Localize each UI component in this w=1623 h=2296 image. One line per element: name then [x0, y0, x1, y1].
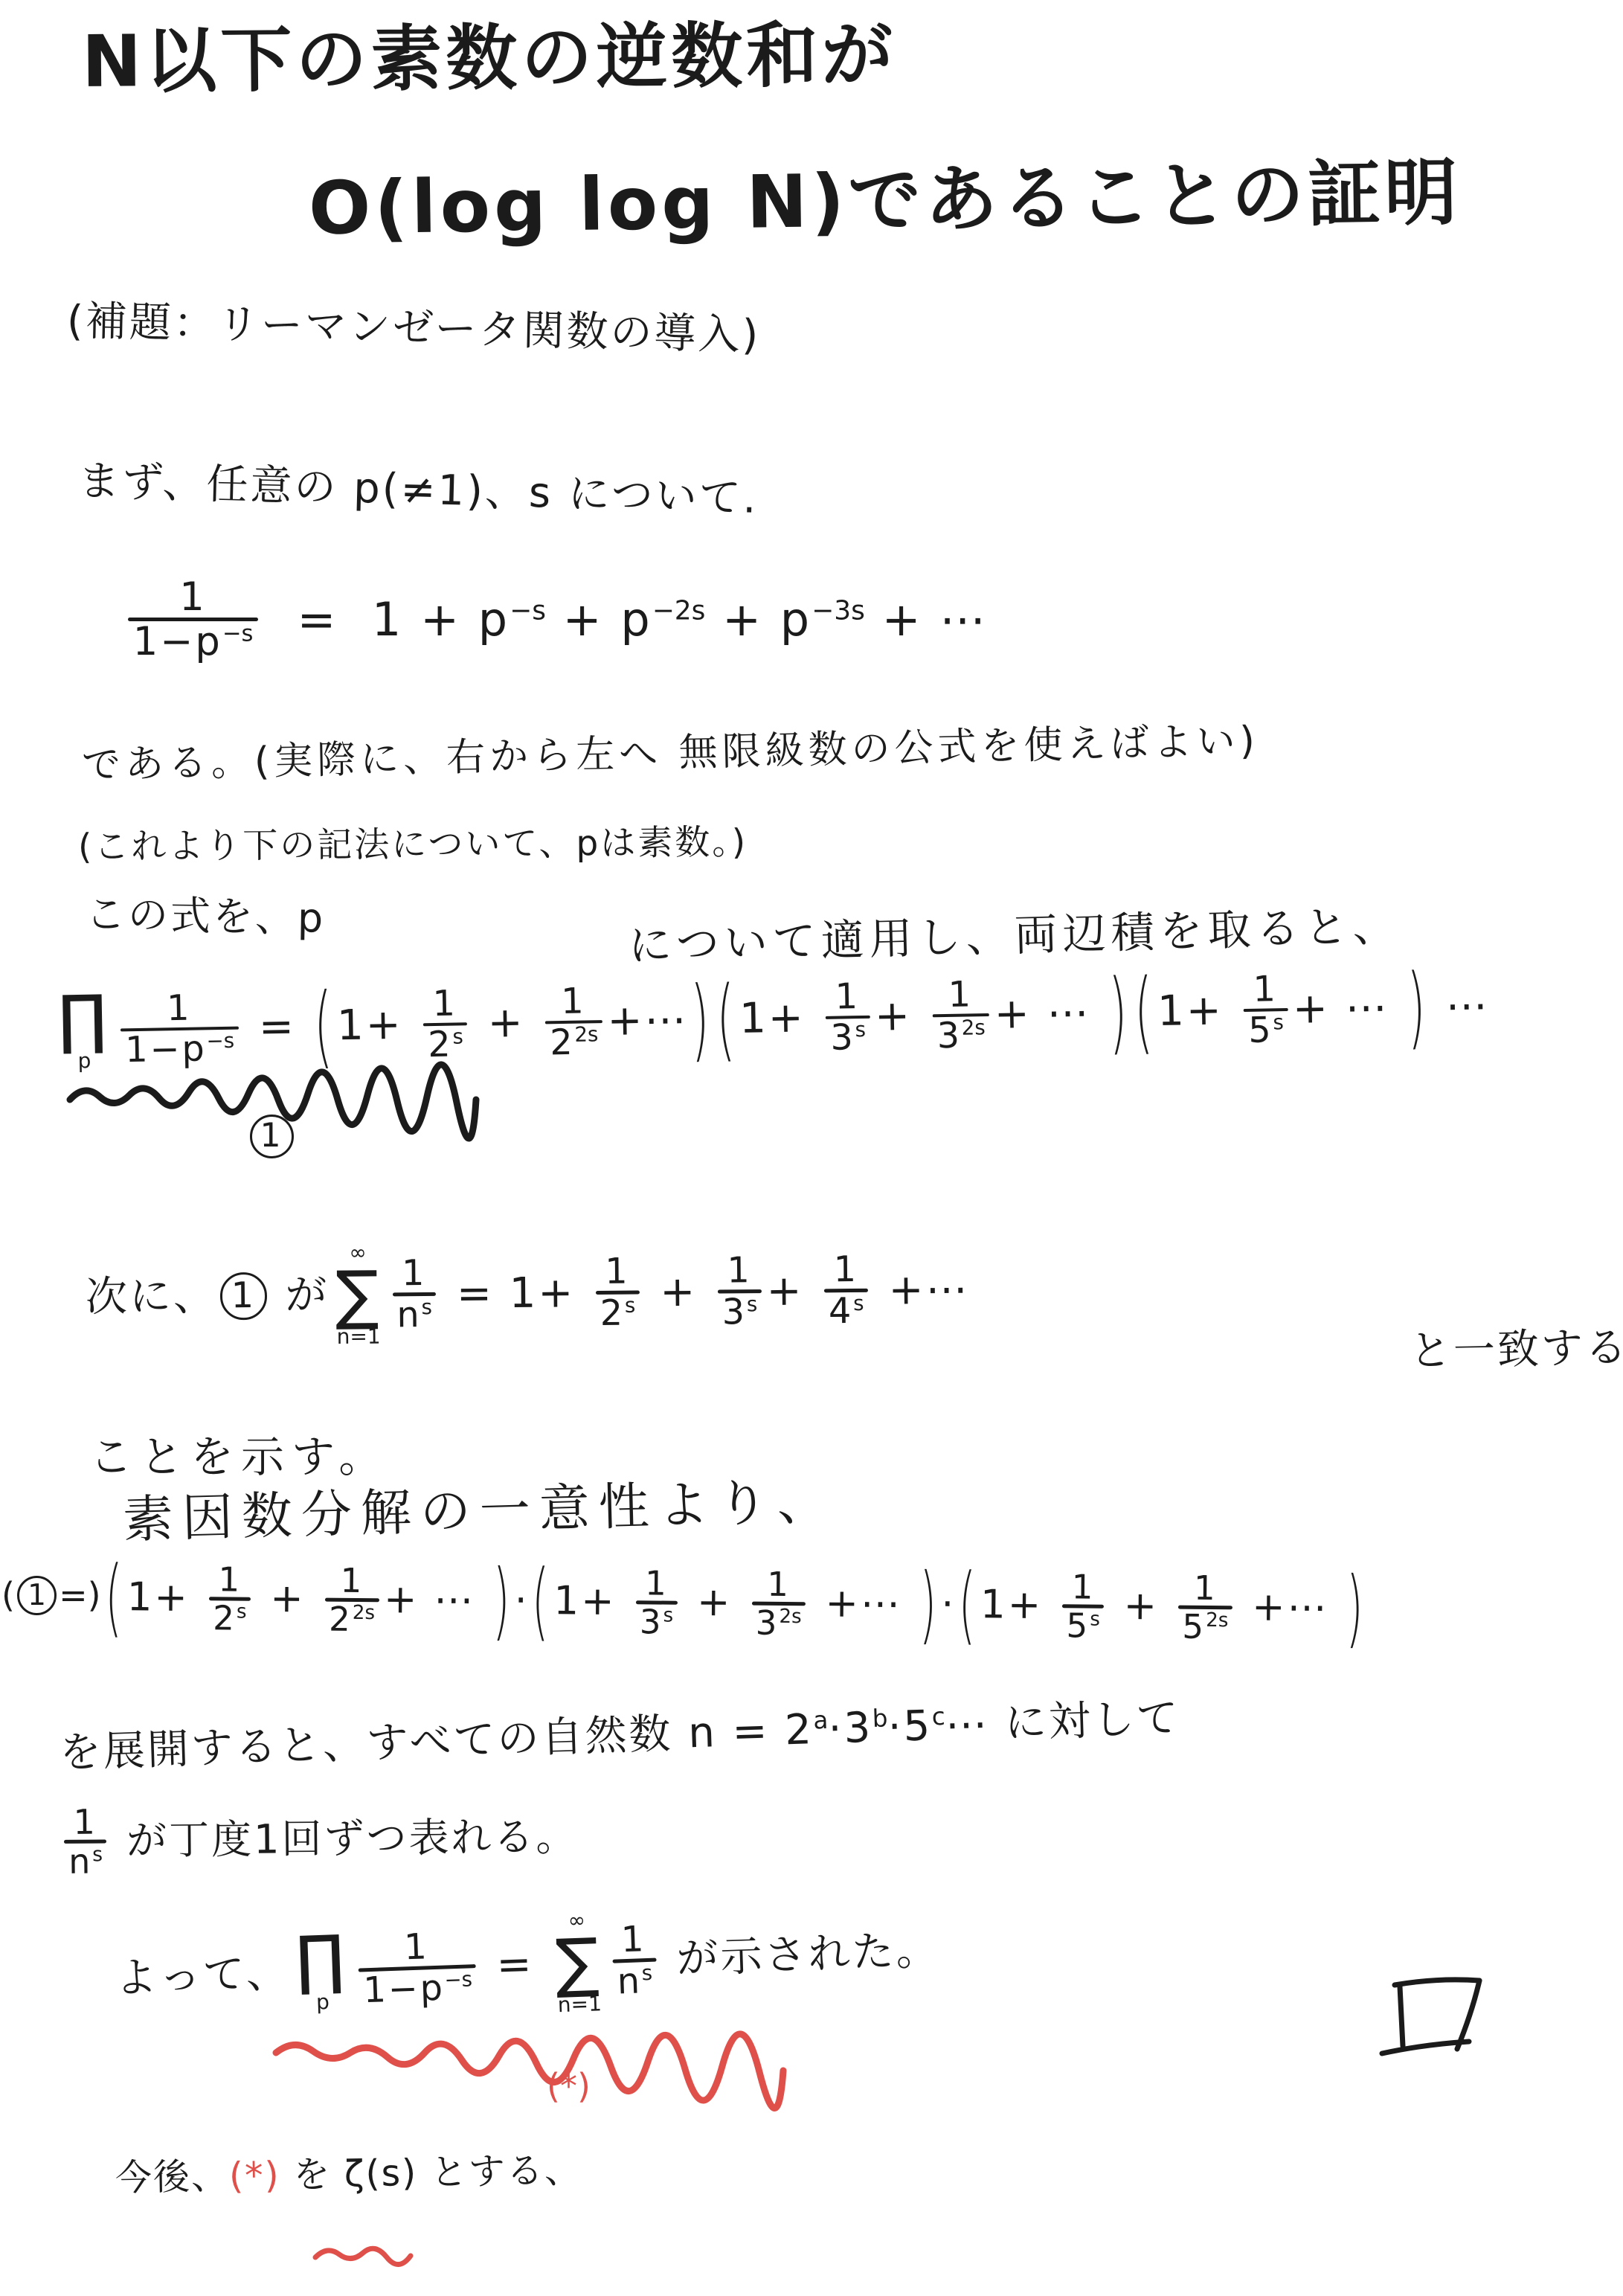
math-frac: 14s [824, 1251, 869, 1330]
math-par: ) [492, 1553, 512, 1650]
expansion-label: ( 1 =) [1, 1576, 101, 1615]
math-par: ( [105, 1549, 125, 1646]
apply-right-text: について適用し、両辺積を取ると、 [628, 901, 1401, 971]
math-txt: = 1 + [263, 593, 478, 646]
apply-line-right: について適用し、両辺積を取ると、 [628, 901, 1401, 971]
math-txt: 1 [605, 1251, 630, 1292]
math-pow: 2s [428, 1024, 464, 1066]
math-txt: 1 [403, 1927, 429, 1969]
lemma-note: (補題：リーマンゼータ関数の導入) [66, 298, 761, 360]
math-txt: · [941, 1582, 956, 1628]
math-txt: + ⋯ [994, 990, 1107, 1039]
math-pow: ns [617, 1960, 653, 2002]
math-frac: 12s [422, 985, 468, 1064]
math-txt: 1+ [739, 994, 821, 1043]
math-par: ( [716, 969, 737, 1072]
math-txt: + [875, 993, 928, 1042]
math-frac: 132s [751, 1567, 806, 1641]
math-txt: + [682, 1580, 748, 1626]
final-lead-text: 今後、 [115, 2155, 230, 2199]
n-factorization-formula: n = 2a·3b·5c⋯ [687, 1701, 990, 1758]
conclusion-line: よって、 ∏p11−p−s = ∞∑n=11ns が示された。 [113, 1896, 941, 2033]
math-pow: 3s [640, 1602, 674, 1641]
title-text-1: N以下の素数の逆数和が [82, 13, 897, 103]
math-txt: 1 [645, 1563, 669, 1603]
math-pow: 2s [600, 1292, 635, 1333]
circled-one-label: 1 [247, 1115, 296, 1158]
math-txt: · [515, 1579, 530, 1624]
wavy-underline-red [271, 2035, 792, 2084]
math-txt: 1 [218, 1559, 242, 1599]
math-frac: 1ns [64, 1803, 107, 1879]
math-txt: +⋯ [810, 1581, 917, 1627]
expansion-label-circ: 1 [17, 1576, 57, 1615]
math-frac: 11−p−s [120, 990, 239, 1070]
notebook-page: N以下の素数の逆数和が O(log log N)であることの証明 (補題：リーマ… [0, 0, 1623, 2296]
math-pow: 22s [329, 1599, 375, 1639]
math-pow: ns [68, 1841, 103, 1881]
math-txt: 1 [1194, 1568, 1218, 1608]
math-txt: ⋯ [945, 1701, 990, 1750]
geometric-formula: 11−p−s = 1 + p−s + p−2s + p−3s + ⋯ [123, 577, 988, 663]
intro-text: まず、任意の p(≠1)、s について. [77, 458, 759, 523]
zeta-symbol: ζ [344, 2153, 366, 2196]
math-par: ( [958, 1556, 978, 1654]
math-txt: 1 [1072, 1567, 1096, 1606]
math-txt: 1+ [337, 1001, 419, 1051]
math-txt: +⋯ [873, 1266, 970, 1315]
math-pow: p−s [181, 1028, 235, 1070]
final-tail-text: とする、 [417, 2149, 583, 2194]
math-frac: 11−p−s [128, 577, 257, 663]
math-par: ) [1108, 961, 1130, 1065]
math-txt: 1 [833, 1249, 858, 1290]
math-txt: 1 [432, 983, 457, 1024]
math-txt: · [887, 1703, 904, 1751]
math-pow: 5c [903, 1702, 946, 1751]
math-txt: + [1109, 1584, 1174, 1630]
expand-lead-text: を展開すると、すべての自然数 [59, 1710, 689, 1777]
math-txt: 1 [948, 974, 973, 1016]
after-geometric-text: である。(実際に、右から左へ 無限級数の公式を使えばよい) [81, 719, 1259, 789]
math-par: ) [919, 1556, 939, 1654]
math-pow: 4s [829, 1291, 864, 1332]
math-txt: 1 [73, 1802, 97, 1842]
math-frac: 122s [325, 1563, 380, 1637]
math-txt: + [644, 1268, 713, 1316]
math-frac: 15s [1062, 1569, 1105, 1643]
math-txt: = [481, 1940, 550, 1990]
math-pow: 5s [1248, 1010, 1285, 1051]
math-txt: + [705, 593, 780, 646]
zeta-sum-formula: ∞∑n=11ns = 1+ 12s + 13s+ 14s +⋯ [329, 1237, 970, 1350]
math-frac: 15s [1243, 971, 1288, 1050]
math-frac: 11−p−s [357, 1927, 478, 2010]
math-txt: + [766, 1267, 819, 1315]
circled-one-text: 1 [250, 1115, 294, 1158]
math-txt: + [472, 999, 541, 1048]
notation-note: (これより下の記法について、pは素数。) [78, 823, 748, 868]
apply-left-text: この式を、p [85, 891, 325, 942]
math-frac: 122s [544, 983, 602, 1062]
math-txt: 1+ [980, 1582, 1058, 1629]
lemma-note-text: (補題：リーマンゼータ関数の導入) [66, 298, 761, 360]
intro-line: まず、任意の p(≠1)、s について. [77, 458, 759, 523]
math-big: ∞∑n=1 [553, 1908, 602, 2017]
math-pow: 5s [1066, 1606, 1100, 1645]
math-frac: 13s [635, 1565, 678, 1639]
wavy-underline-red-small [312, 2241, 417, 2268]
math-txt: 1 [167, 988, 192, 1030]
math-txt: 1 [561, 981, 586, 1022]
math-txt: ⋯ [1430, 983, 1490, 1032]
appears-line: 1ns が丁度1回ずつ表れる。 [60, 1800, 579, 1879]
circled-one-inline: 1 [220, 1272, 268, 1320]
math-pow: 2s [213, 1598, 247, 1638]
expansion-label-close: =) [59, 1576, 101, 1615]
math-pow: ns [396, 1295, 432, 1335]
zeta-lead-text: 次に、 [86, 1272, 218, 1321]
math-txt: = 1+ [441, 1269, 591, 1318]
math-pow: p−s [420, 1966, 474, 2009]
math-txt: 1 [767, 1565, 791, 1604]
math-par: ( [1134, 961, 1155, 1065]
apply-line-left: この式を、p [85, 891, 325, 942]
zeta-after-circ-text: が [269, 1272, 329, 1320]
after-geometric-note: である。(実際に、右から左へ 無限級数の公式を使えばよい) [81, 719, 1259, 789]
math-pow: p−s [478, 593, 546, 646]
math-txt: 1− [133, 619, 196, 664]
math-frac: 1ns [392, 1255, 437, 1334]
math-par: ) [1346, 1560, 1366, 1658]
math-par: ( [532, 1553, 552, 1650]
show-line-text: ことを示す。 [89, 1432, 389, 1482]
math-txt: 1 [835, 976, 860, 1018]
math-pow: p−2s [620, 593, 705, 646]
eq-geometric-series: 11−p−s = 1 + p−s + p−2s + p−3s + ⋯ [123, 577, 988, 663]
math-pow: 32s [756, 1603, 802, 1643]
math-pow: 2a [784, 1706, 829, 1755]
eq-expansion: (1+ 12s + 122s+ ⋯ )·(1+ 13s + 132s +⋯ )·… [103, 1561, 1369, 1646]
math-big: ∏p [295, 1929, 349, 2016]
math-frac: 12s [209, 1562, 251, 1635]
title-text-2: O(log log N)であることの証明 [308, 151, 1462, 251]
expand-line: を展開すると、すべての自然数 n = 2a·3b·5c⋯ に対して [59, 1695, 1181, 1778]
math-par: ( [313, 975, 335, 1079]
math-txt: 1 [620, 1919, 646, 1960]
math-txt: 1− [363, 1968, 421, 2011]
product-formula: ∏p11−p−s = (1+ 12s + 122s+⋯)(1+ 13s+ 132… [51, 964, 1491, 1074]
expand-tail-text: に対して [989, 1695, 1181, 1748]
expansion-label-open: ( [1, 1576, 15, 1615]
math-pow: p−s [195, 619, 253, 664]
expansion-formula: (1+ 12s + 122s+ ⋯ )·(1+ 13s + 132s +⋯ )·… [103, 1561, 1369, 1646]
math-txt: 1 [402, 1253, 427, 1294]
math-txt: +⋯ [607, 996, 689, 1045]
math-txt: 1 [1253, 969, 1278, 1010]
math-pow: p−3s [780, 593, 865, 646]
math-txt: 1+ [126, 1575, 205, 1621]
math-big: ∞∑n=1 [335, 1242, 382, 1350]
math-pow: 3s [722, 1292, 758, 1333]
math-txt: 1− [125, 1029, 182, 1071]
math-par: ) [1407, 956, 1428, 1059]
math-frac: 132s [932, 976, 990, 1056]
math-txt: 1+ [553, 1579, 631, 1625]
math-txt: 1 [727, 1251, 752, 1292]
zeta-sum-line: 次に、 1 が ∞∑n=11ns = 1+ 12s + 13s+ 14s +⋯ [85, 1237, 970, 1351]
uniqueness-line: 素因数分解の一意性より、 [122, 1473, 838, 1550]
eq-product: ∏p11−p−s = (1+ 12s + 122s+⋯)(1+ 13s+ 132… [51, 964, 1491, 1074]
final-mid-text: を [280, 2154, 344, 2197]
zeta-arg: (s) [365, 2152, 418, 2196]
math-txt: · [828, 1705, 845, 1754]
math-frac: 13s [825, 978, 870, 1057]
title-line-1: N以下の素数の逆数和が [82, 13, 897, 103]
math-frac: 13s [717, 1252, 762, 1331]
math-txt: + ⋯ [865, 593, 988, 646]
math-pow: 22s [550, 1022, 599, 1063]
title-line-2: O(log log N)であることの証明 [308, 151, 1462, 251]
conclusion-tail-text: が示された。 [661, 1926, 941, 1984]
euler-product-formula: ∏p11−p−s = ∞∑n=11ns [288, 1906, 663, 2026]
math-par: ) [690, 969, 712, 1072]
final-line: 今後、 (*) を ζ (s) とする、 [115, 2149, 583, 2199]
math-pow: 3b [843, 1704, 889, 1753]
math-txt: 1+ [1157, 987, 1239, 1036]
notation-note-text: (これより下の記法について、pは素数。) [78, 823, 748, 868]
math-txt: + [546, 593, 620, 646]
math-txt: + ⋯ [384, 1577, 491, 1623]
wavy-underline-black [65, 1077, 482, 1116]
math-txt: n = [687, 1707, 785, 1757]
math-txt: = [243, 1003, 312, 1052]
appears-tail-text: が丁度1回ずつ表れる。 [112, 1814, 579, 1864]
math-txt: +⋯ [1237, 1585, 1344, 1631]
star-label: (*) [547, 2067, 591, 2106]
math-txt: 1 [179, 574, 207, 620]
math-txt: + ⋯ [1292, 984, 1405, 1034]
show-line: ことを示す。 [89, 1432, 389, 1482]
math-frac: 152s [1178, 1571, 1233, 1644]
one-over-ns-formula: 1ns [60, 1803, 112, 1879]
math-frac: 1ns [611, 1921, 658, 2001]
zeta-tail-text: と一致する [1409, 1324, 1623, 1376]
qed-box [1380, 1972, 1491, 2068]
math-big: ∏p [57, 989, 110, 1074]
conclusion-lead-text: よって、 [115, 1949, 291, 2004]
star-label-text: (*) [547, 2067, 591, 2106]
math-pow: 52s [1182, 1606, 1228, 1646]
math-pow: 3s [830, 1017, 867, 1059]
math-txt: 1 [340, 1561, 364, 1600]
zeta-sum-tail: と一致する [1409, 1324, 1623, 1376]
final-star-text: (*) [229, 2155, 281, 2198]
uniqueness-text: 素因数分解の一意性より、 [122, 1473, 838, 1550]
math-frac: 12s [595, 1254, 640, 1333]
math-pow: 32s [936, 1015, 986, 1056]
math-txt: + [255, 1577, 321, 1623]
